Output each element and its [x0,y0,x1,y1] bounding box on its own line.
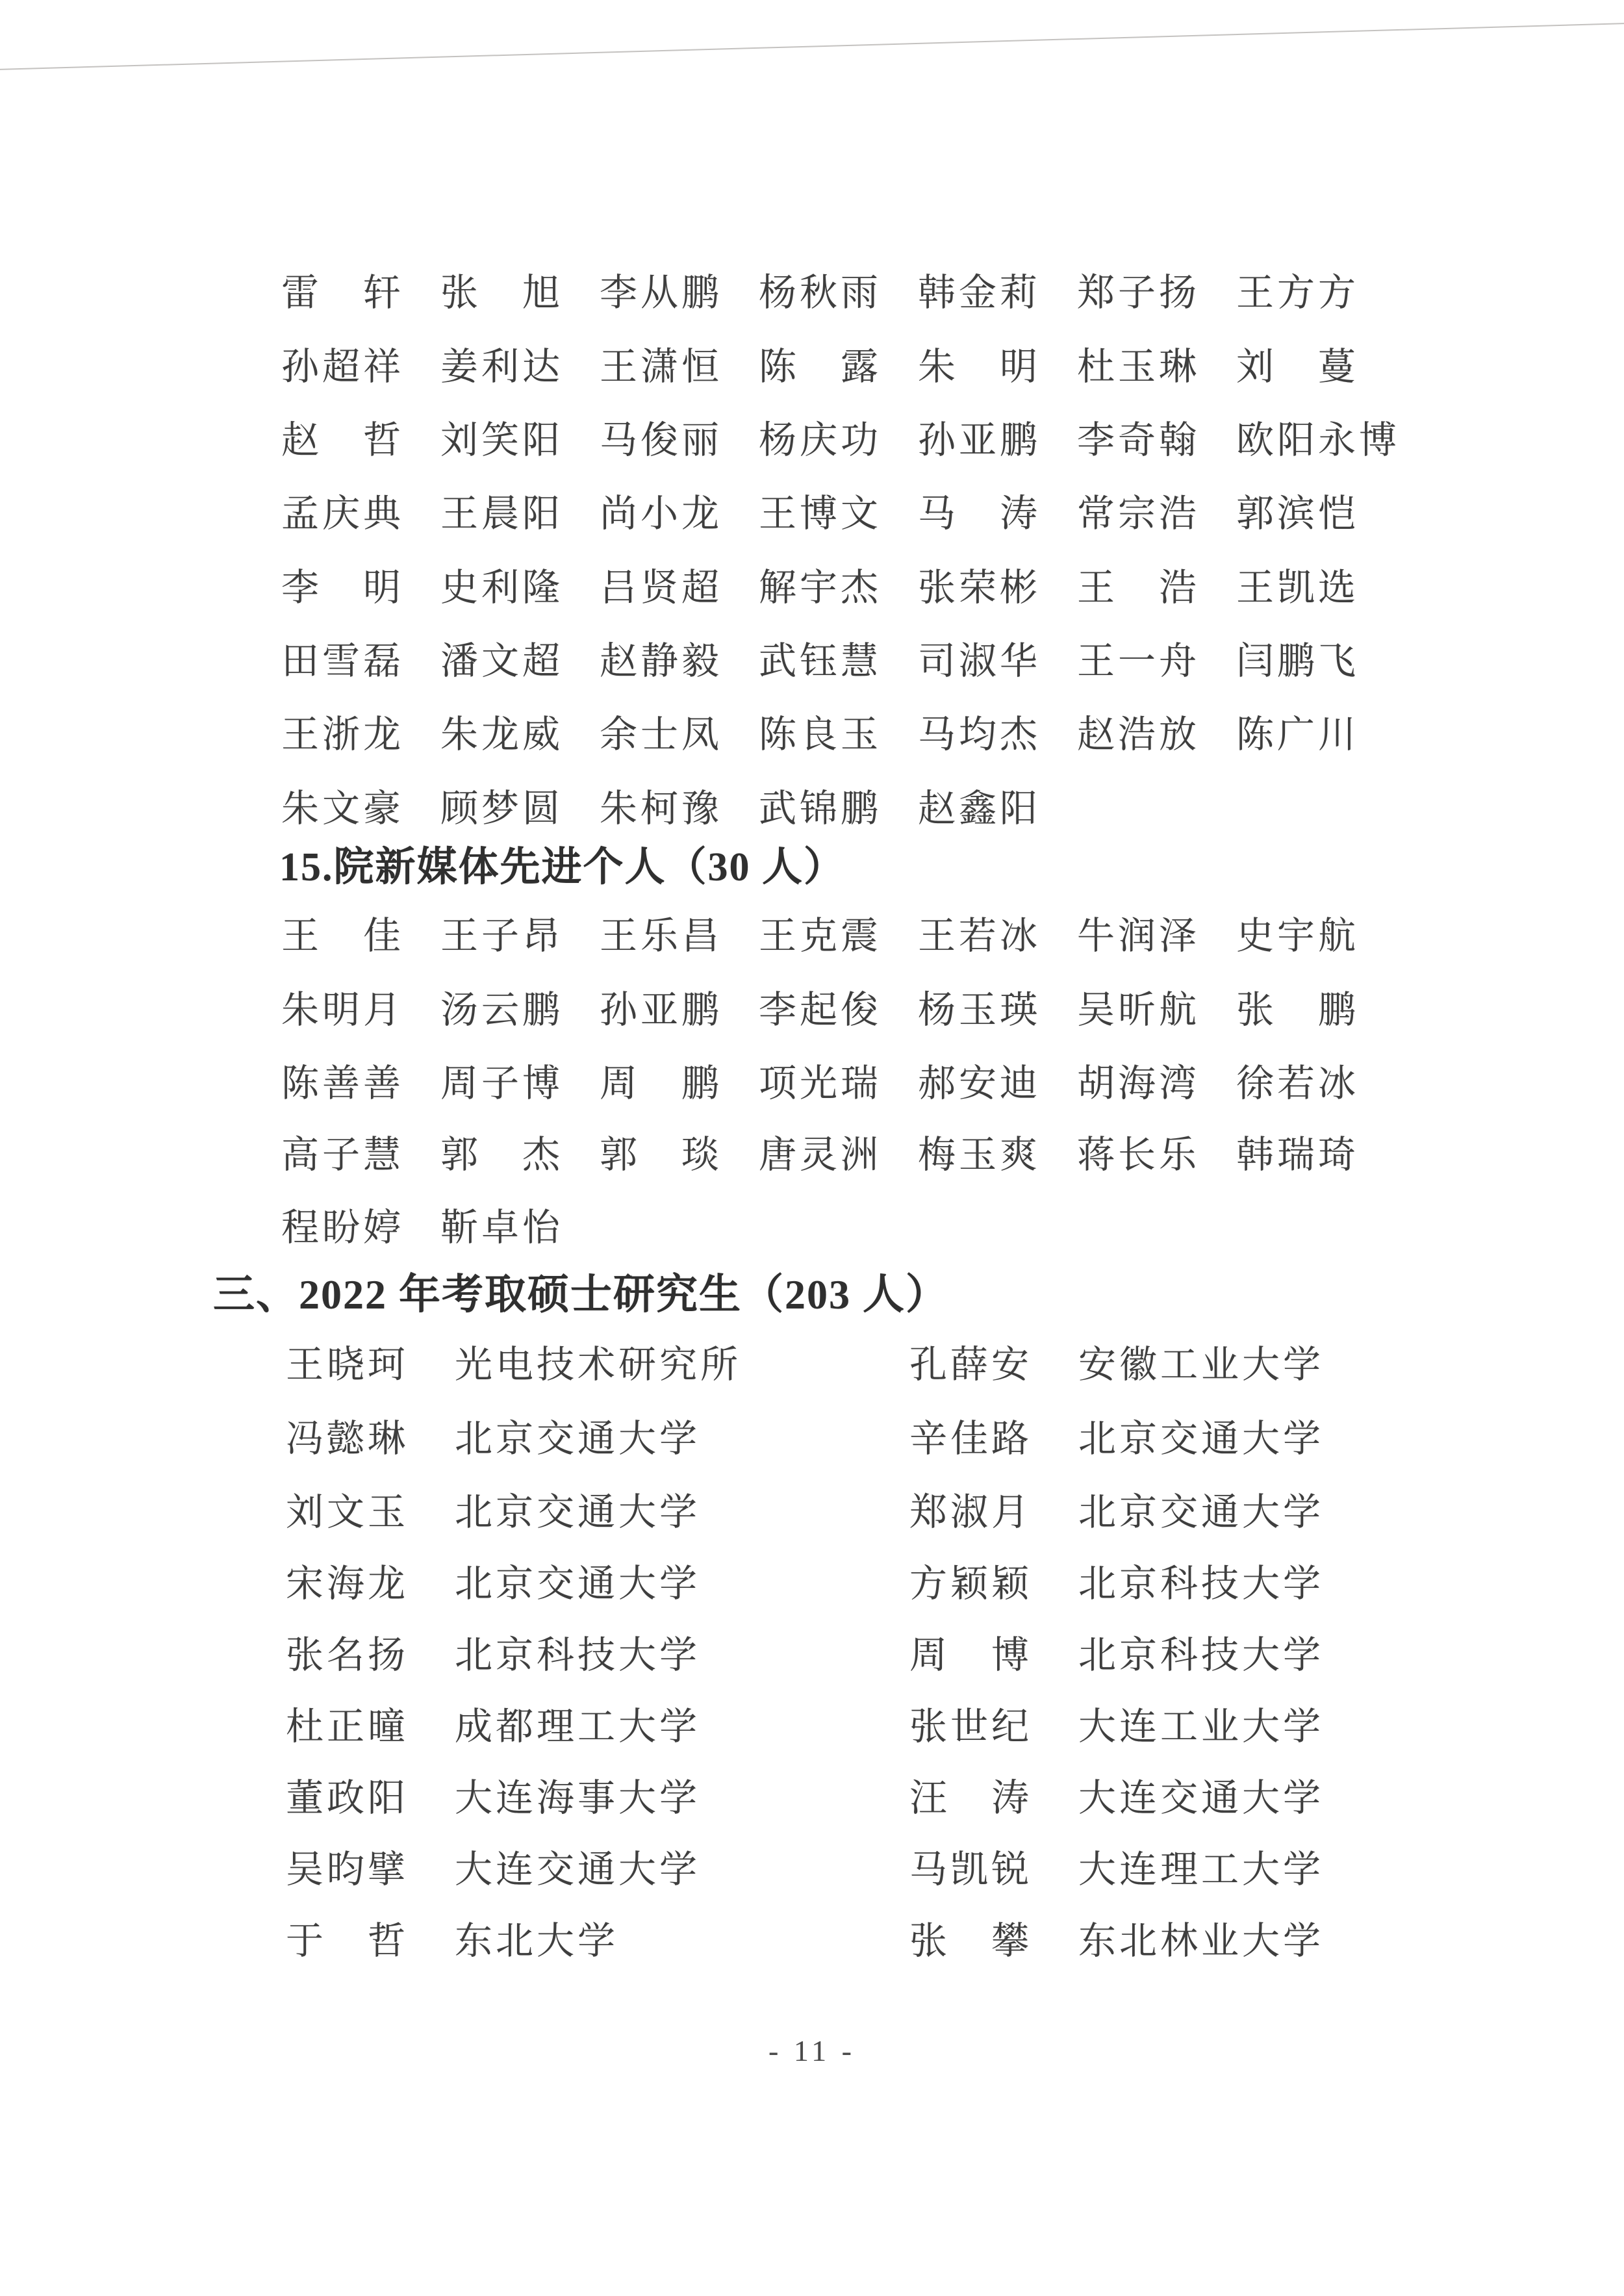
name-cell: 赵静毅 [600,640,730,683]
graduate-row: 冯懿琳 北京交通大学 辛佳路 北京交通大学 [0,1418,1624,1463]
name-cell: 王子昂 [440,915,570,958]
graduate-school: 大连海事大学 [455,1777,700,1820]
graduate-school: 光电技术研究所 [455,1344,741,1387]
name-cell: 武钰慧 [759,640,889,683]
name-cell: 唐灵洲 [759,1134,889,1177]
name-cell: 郑子扬 [1077,272,1207,315]
name-cell: 王凯选 [1236,567,1366,610]
name-cell: 王克震 [759,915,889,958]
graduate-row: 刘文玉 北京交通大学 郑淑月 北京交通大学 [0,1491,1624,1537]
graduate-row: 宋海龙 北京交通大学 方颖颖 北京科技大学 [0,1563,1624,1608]
name-cell: 余士凤 [600,713,730,757]
graduate-school: 北京交通大学 [1078,1418,1324,1461]
name-cell: 朱明月 [281,989,411,1032]
name-cell: 李奇翰 [1077,419,1207,463]
graduate-name: 辛佳路 [909,1418,1032,1461]
name-cell: 王方方 [1236,272,1366,315]
graduate-school: 北京交通大学 [455,1491,700,1535]
name-cell: 孙亚鹏 [918,419,1048,463]
graduate-school: 大连交通大学 [1078,1777,1324,1820]
name-cell: 史宇航 [1236,915,1366,958]
name-cell: 蒋长乐 [1077,1134,1207,1177]
name-cell: 胡海湾 [1077,1062,1207,1106]
graduate-name: 杜正曈 [286,1705,409,1749]
graduate-row: 张名扬 北京科技大学 周 博 北京科技大学 [0,1634,1624,1679]
graduate-name: 刘文玉 [286,1491,409,1535]
graduate-school: 大连工业大学 [1078,1705,1324,1749]
name-cell: 孟庆典 [281,492,411,536]
name-cell: 赵浩放 [1077,713,1207,757]
name-cell: 姜利达 [440,346,570,389]
name-cell: 潘文超 [440,640,570,683]
name-cell: 王晨阳 [440,492,570,536]
graduate-school: 北京科技大学 [455,1634,700,1677]
graduate-school: 安徽工业大学 [1078,1344,1324,1387]
name-cell: 顾梦圆 [440,787,570,831]
name-row: 高子慧 郭 杰 郭 琰 唐灵洲 梅玉爽 蒋长乐 韩瑞琦 [281,1134,1366,1177]
name-cell: 武锦鹏 [759,787,889,831]
graduate-row: 杜正曈 成都理工大学 张世纪 大连工业大学 [0,1705,1624,1751]
graduate-name: 郑淑月 [909,1491,1032,1535]
name-cell: 赵鑫阳 [918,787,1048,831]
graduate-name: 方颖颖 [909,1563,1032,1606]
graduate-name: 汪 涛 [909,1777,1032,1820]
name-row: 孙超祥 姜利达 王潇恒 陈 露 朱 明 杜玉琳 刘 蔓 [281,346,1366,389]
name-cell: 周 鹏 [600,1062,730,1106]
name-cell: 高子慧 [281,1134,411,1177]
name-row: 王 佳 王子昂 王乐昌 王克震 王若冰 牛润泽 史宇航 [281,915,1366,958]
name-cell: 郝安迪 [918,1062,1048,1106]
name-cell: 牛润泽 [1077,915,1207,958]
name-cell: 汤云鹏 [440,989,570,1032]
name-cell: 周子博 [440,1062,570,1106]
name-cell: 张 旭 [440,272,570,315]
graduate-name: 吴昀擘 [286,1848,409,1892]
graduate-row: 吴昀擘 大连交通大学 马凯锐 大连理工大学 [0,1848,1624,1894]
name-cell: 朱龙威 [440,713,570,757]
name-cell: 李从鹏 [600,272,730,315]
name-cell: 常宗浩 [1077,492,1207,536]
name-cell: 史利隆 [440,567,570,610]
graduate-school: 东北林业大学 [1078,1920,1324,1963]
graduate-name: 董政阳 [286,1777,409,1820]
name-cell: 杨玉瑛 [918,989,1048,1032]
name-cell: 吴昕航 [1077,989,1207,1032]
name-cell: 靳卓怡 [440,1206,570,1250]
name-cell: 李起俊 [759,989,889,1032]
name-cell: 司淑华 [918,640,1048,683]
name-cell: 马俊丽 [600,419,730,463]
name-cell: 马均杰 [918,713,1048,757]
name-cell: 杜玉琳 [1077,346,1207,389]
name-cell: 田雪磊 [281,640,411,683]
graduate-name: 于 哲 [286,1920,409,1963]
name-row: 田雪磊 潘文超 赵静毅 武钰慧 司淑华 王一舟 闫鹏飞 [281,640,1366,683]
name-cell: 王乐昌 [600,915,730,958]
name-cell: 李 明 [281,567,411,610]
name-row: 陈善善 周子博 周 鹏 项光瑞 郝安迪 胡海湾 徐若冰 [281,1062,1366,1106]
name-cell: 陈 露 [759,346,889,389]
name-cell: 朱柯豫 [600,787,730,831]
name-cell: 解宇杰 [759,567,889,610]
name-row: 王浙龙 朱龙威 余士凤 陈良玉 马均杰 赵浩放 陈广川 [281,713,1366,757]
name-cell: 王浙龙 [281,713,411,757]
name-cell: 朱文豪 [281,787,411,831]
name-cell: 张 鹏 [1236,989,1366,1032]
name-cell: 杨秋雨 [759,272,889,315]
name-cell: 尚小龙 [600,492,730,536]
scanned-document-page: 雷 轩 张 旭 李从鹏 杨秋雨 韩金莉 郑子扬 王方方 孙超祥 姜利达 王潇恒 … [0,0,1624,2296]
graduate-row: 于 哲 东北大学 张 攀 东北林业大学 [0,1920,1624,1965]
name-row: 雷 轩 张 旭 李从鹏 杨秋雨 韩金莉 郑子扬 王方方 [281,272,1366,315]
graduate-school: 北京交通大学 [455,1563,700,1606]
name-cell: 陈广川 [1236,713,1366,757]
graduate-row: 董政阳 大连海事大学 汪 涛 大连交通大学 [0,1777,1624,1822]
name-cell: 陈良玉 [759,713,889,757]
name-cell: 程盼婷 [281,1206,411,1250]
graduate-school: 东北大学 [455,1920,618,1963]
name-row: 程盼婷 靳卓怡 [281,1206,570,1250]
graduate-school: 北京交通大学 [455,1418,700,1461]
name-cell: 梅玉爽 [918,1134,1048,1177]
name-row: 朱文豪 顾梦圆 朱柯豫 武锦鹏 赵鑫阳 [281,787,1048,831]
name-cell: 朱 明 [918,346,1048,389]
section-heading-graduate: 三、2022 年考取硕士研究生（203 人） [213,1271,948,1319]
name-cell: 刘 蔓 [1236,346,1366,389]
name-cell: 欧阳永博 [1236,419,1366,463]
graduate-name: 张名扬 [286,1634,409,1677]
name-cell: 王博文 [759,492,889,536]
name-cell: 赵 哲 [281,419,411,463]
name-cell: 韩瑞琦 [1236,1134,1366,1177]
page-number: - 11 - [0,2034,1624,2068]
name-cell: 王 佳 [281,915,411,958]
name-cell: 徐若冰 [1236,1062,1366,1106]
scan-artifact-line [0,23,1624,70]
name-cell: 孙亚鹏 [600,989,730,1032]
name-cell: 吕贤超 [600,567,730,610]
graduate-row: 王晓珂 光电技术研究所 孔薛安 安徽工业大学 [0,1344,1624,1389]
graduate-school: 北京科技大学 [1078,1563,1324,1606]
graduate-name: 冯懿琳 [286,1418,409,1461]
name-row: 孟庆典 王晨阳 尚小龙 王博文 马 涛 常宗浩 郭滨恺 [281,492,1366,536]
graduate-name: 宋海龙 [286,1563,409,1606]
graduate-name: 王晓珂 [286,1344,409,1387]
graduate-school: 成都理工大学 [455,1705,700,1749]
graduate-school: 大连交通大学 [455,1848,700,1892]
name-cell: 韩金莉 [918,272,1048,315]
name-cell: 郭 杰 [440,1134,570,1177]
name-row: 李 明 史利隆 吕贤超 解宇杰 张荣彬 王 浩 王凯选 [281,567,1366,610]
graduate-name: 张世纪 [909,1705,1032,1749]
section-heading-newmedia: 15.院新媒体先进个人（30 人） [279,845,845,891]
name-cell: 王一舟 [1077,640,1207,683]
name-cell: 杨庆功 [759,419,889,463]
graduate-name: 周 博 [909,1634,1032,1677]
name-cell: 陈善善 [281,1062,411,1106]
name-cell: 马 涛 [918,492,1048,536]
graduate-name: 马凯锐 [909,1848,1032,1892]
graduate-school: 北京科技大学 [1078,1634,1324,1677]
name-row: 赵 哲 刘笑阳 马俊丽 杨庆功 孙亚鹏 李奇翰 欧阳永博 [281,419,1366,463]
name-cell: 王若冰 [918,915,1048,958]
name-cell: 郭滨恺 [1236,492,1366,536]
graduate-school: 大连理工大学 [1078,1848,1324,1892]
graduate-school: 北京交通大学 [1078,1491,1324,1535]
name-cell: 王 浩 [1077,567,1207,610]
graduate-name: 孔薛安 [909,1344,1032,1387]
name-cell: 刘笑阳 [440,419,570,463]
graduate-name: 张 攀 [909,1920,1032,1963]
name-cell: 郭 琰 [600,1134,730,1177]
name-cell: 项光瑞 [759,1062,889,1106]
name-cell: 张荣彬 [918,567,1048,610]
name-row: 朱明月 汤云鹏 孙亚鹏 李起俊 杨玉瑛 吴昕航 张 鹏 [281,989,1366,1032]
name-cell: 雷 轩 [281,272,411,315]
name-cell: 闫鹏飞 [1236,640,1366,683]
name-cell: 孙超祥 [281,346,411,389]
name-cell: 王潇恒 [600,346,730,389]
